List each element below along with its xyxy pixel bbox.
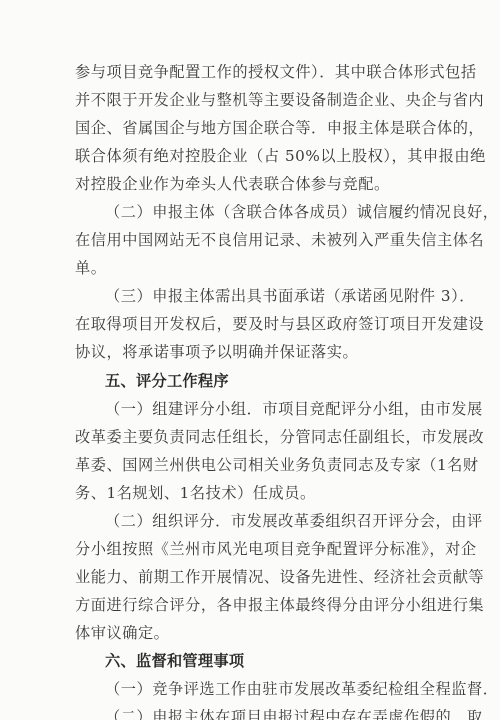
paragraph-line: （一）竞争评选工作由驻市发展改革委纪检组全程监督． <box>105 679 427 699</box>
document-page: 参与项目竞争配置工作的授权文件）．其中联合体形式包括并不限于开发企业与整机等主要… <box>0 0 500 720</box>
paragraph-line: 参与项目竞争配置工作的授权文件）．其中联合体形式包括 <box>75 62 427 82</box>
paragraph-line: 联合体须有绝对控股企业（占 50%以上股权），其申报由绝 <box>75 146 427 166</box>
paragraph-line: 务、1名规划、1名技术）任成员。 <box>75 483 427 503</box>
paragraph-line: 方面进行综合评分，各申报主体最终得分由评分小组进行集 <box>75 595 427 615</box>
paragraph-line: （一）组建评分小组．市项目竞配评分小组，由市发展 <box>105 399 427 419</box>
paragraph-line: （二）组织评分．市发展改革委组织召开评分会，由评 <box>105 511 427 531</box>
paragraph-line: 分小组按照《兰州市风光电项目竞争配置评分标准》，对企 <box>75 539 427 559</box>
paragraph-line: 体审议确定。 <box>75 623 427 643</box>
paragraph-line: 业能力、前期工作开展情况、设备先进性、经济社会贡献等 <box>75 567 427 587</box>
paragraph-line: 单。 <box>75 258 427 278</box>
paragraph-line: 对控股企业作为牵头人代表联合体参与竞配。 <box>75 174 427 194</box>
paragraph-line: 在取得项目开发权后，要及时与县区政府签订项目开发建设 <box>75 314 427 334</box>
paragraph-line: （二）申报主体（含联合体各成员）诚信履约情况良好， <box>105 202 427 222</box>
paragraph-line: 并不限于开发企业与整机等主要设备制造企业、央企与省内 <box>75 90 427 110</box>
paragraph-line: （二）申报主体在项目申报过程中存在弄虚作假的，取 <box>105 707 427 720</box>
section-heading: 五、评分工作程序 <box>105 371 457 391</box>
paragraph-line: 协议，将承诺事项予以明确并保证落实。 <box>75 342 427 362</box>
paragraph-line: （三）申报主体需出具书面承诺（承诺函见附件 3）． <box>105 286 427 306</box>
paragraph-line: 在信用中国网站无不良信用记录、未被列入严重失信主体名 <box>75 230 427 250</box>
paragraph-line: 革委、国网兰州供电公司相关业务负责同志及专家（1名财 <box>75 455 427 475</box>
paragraph-line: 国企、省属国企与地方国企联合等．申报主体是联合体的， <box>75 118 427 138</box>
section-heading: 六、监督和管理事项 <box>105 651 457 671</box>
paragraph-line: 改革委主要负责同志任组长，分管同志任副组长，市发展改 <box>75 427 427 447</box>
